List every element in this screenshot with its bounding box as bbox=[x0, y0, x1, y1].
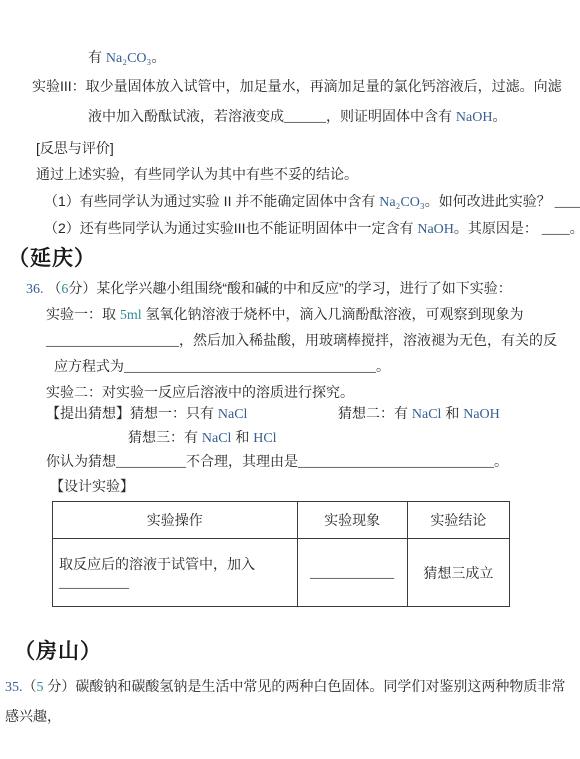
header-operation: 实验操作 bbox=[53, 502, 298, 539]
experiment-1-line-3: 应方程式为___________________________________… bbox=[54, 357, 390, 376]
header-phenomenon: 实验现象 bbox=[297, 502, 407, 539]
reflection-question-1: （1）有些同学认为通过实验 II 并不能确定固体中含有 Na₂CO₃。如何改进此… bbox=[44, 192, 580, 211]
experiment-3-line-2: 液中加入酚酞试液，若溶液变成______，则证明固体中含有 NaOH。 bbox=[88, 107, 506, 126]
formula-na2co3: Na₂CO₃ bbox=[379, 195, 425, 210]
cell-conclusion: 猜想三成立 bbox=[407, 539, 509, 607]
fill-in-blank: __________ bbox=[116, 455, 186, 470]
header-conclusion: 实验结论 bbox=[407, 502, 509, 539]
text-segment: ，然后加入稀盐酸，用玻璃棒搅拌，溶液褪为无色，有关的反 bbox=[179, 332, 557, 348]
text-segment: 感兴趣， bbox=[5, 708, 61, 724]
fill-in-blank: ____________ bbox=[310, 566, 394, 581]
text-segment: 实验一：取 bbox=[46, 306, 120, 322]
formula-naoh: NaOH bbox=[417, 222, 454, 237]
text-segment: 。 bbox=[494, 453, 508, 469]
text-segment: 有 bbox=[88, 49, 106, 65]
experiment-1-line-1: 实验一：取 5ml 氢氧化钠溶液于烧杯中，滴入几滴酚酞溶液，可观察到现象为 bbox=[46, 305, 524, 324]
fill-in-blank: ____ bbox=[555, 195, 580, 210]
section-header-yanqing: （延庆） bbox=[8, 242, 96, 272]
reflection-question-2: （2）还有些同学认为通过实验III也不能证明固体中一定含有 NaOH。其原因是：… bbox=[44, 219, 580, 238]
experiment-3-line-1: 实验III：取少量固体放入试管中，加足量水，再滴加足量的氯化钙溶液后，过滤。向滤 bbox=[32, 77, 562, 96]
text-segment: 分）某化学兴趣小组围绕“酸和碱的中和反应”的学习，进行了如下实验： bbox=[68, 280, 511, 296]
q34-answer-continuation: 有 Na₂CO₃。 bbox=[88, 48, 165, 67]
text-segment: 不合理，其理由是 bbox=[186, 453, 298, 469]
text-segment: 。 bbox=[151, 49, 165, 65]
text-segment: 和 bbox=[441, 405, 463, 421]
text-segment: 。 bbox=[376, 358, 390, 374]
experiment-1-line-2: ___________________，然后加入稀盐酸，用玻璃棒搅拌，溶液褪为无… bbox=[46, 331, 557, 350]
text-segment: 氢氧化钠溶液于烧杯中，滴入几滴酚酞溶液，可观察到现象为 bbox=[142, 306, 524, 322]
text-segment: ，则证明固体中含有 bbox=[326, 108, 456, 124]
text-segment: 应方程式为 bbox=[54, 358, 124, 374]
table-row: 取反应后的溶液于试管中，加入__________ ____________ 猜想… bbox=[53, 539, 510, 607]
text-segment: 实验III：取少量固体放入试管中，加足量水，再滴加足量的氯化钙溶液后，过滤。向滤 bbox=[32, 78, 562, 94]
text-segment: 通过上述实验，有些同学认为其中有些不妥的结论。 bbox=[36, 166, 358, 182]
reflection-section-label: [反思与评价] bbox=[36, 139, 114, 158]
formula-naoh: NaOH bbox=[456, 110, 493, 125]
text-segment: 。如何改进此实验？ bbox=[425, 193, 555, 209]
experiment-2-line: 实验二：对实验一反应后溶液中的溶质进行探究。 bbox=[46, 383, 354, 402]
text-segment: （2）还有些同学认为通过实验III也不能证明固体中一定含有 bbox=[44, 220, 417, 236]
table-header-row: 实验操作 实验现象 实验结论 bbox=[53, 502, 510, 539]
text-segment: 和 bbox=[231, 429, 253, 445]
formula-nacl: NaCl bbox=[412, 407, 442, 422]
experiment-design-table: 实验操作 实验现象 实验结论 取反应后的溶液于试管中，加入__________ … bbox=[52, 501, 510, 607]
formula-nacl: NaCl bbox=[218, 407, 248, 422]
design-experiment-label: 【设计实验】 bbox=[50, 477, 134, 496]
cell-phenomenon: ____________ bbox=[297, 539, 407, 607]
hypothesis-judgement-line: 你认为猜想__________不合理，其理由是_________________… bbox=[46, 452, 508, 471]
formula-na2co3: Na₂CO₃ bbox=[106, 51, 152, 66]
text-segment: 液中加入酚酞试液，若溶液变成 bbox=[88, 108, 284, 124]
question-35-line-2: 感兴趣， bbox=[5, 707, 61, 726]
fill-in-blank: ____________________________________ bbox=[124, 360, 376, 375]
score-value: 5 bbox=[37, 680, 44, 695]
text-segment: 猜想三：有 bbox=[128, 429, 202, 445]
hypothesis-line-1: 【提出猜想】猜想一：只有 NaCl 猜想二：有 NaCl 和 NaOH bbox=[46, 404, 546, 423]
text-segment: 分）碳酸钠和碳酸氢钠是生活中常见的两种白色固体。同学们对鉴别这两种物质非常 bbox=[44, 678, 566, 694]
formula-hcl: HCl bbox=[253, 431, 276, 446]
reflection-intro: 通过上述实验，有些同学认为其中有些不妥的结论。 bbox=[36, 165, 358, 184]
question-36-stem: 36. （6分）某化学兴趣小组围绕“酸和碱的中和反应”的学习，进行了如下实验： bbox=[26, 279, 512, 298]
text-segment: 。 bbox=[492, 108, 506, 124]
text-segment: 【提出猜想】猜想一：只有 bbox=[46, 405, 218, 421]
hypothesis-2: 猜想二：有 NaCl 和 NaOH bbox=[338, 404, 500, 424]
question-number: 36. bbox=[26, 282, 44, 297]
question-35-stem: 35.（5 分）碳酸钠和碳酸氢钠是生活中常见的两种白色固体。同学们对鉴别这两种物… bbox=[5, 677, 565, 696]
hypothesis-3: 猜想三：有 NaCl 和 HCl bbox=[128, 428, 277, 447]
volume-value: 5ml bbox=[120, 308, 142, 323]
fill-in-blank: ____________________________ bbox=[298, 455, 494, 470]
text-segment: 。 bbox=[570, 220, 580, 236]
text-segment: 实验二：对实验一反应后溶液中的溶质进行探究。 bbox=[46, 384, 354, 400]
fill-in-blank: __________ bbox=[59, 576, 129, 591]
text-segment: 【设计实验】 bbox=[50, 478, 134, 494]
text-segment: （ bbox=[23, 678, 37, 694]
text-segment: 猜想二：有 bbox=[338, 405, 412, 421]
exam-document-page: 有 Na₂CO₃。 实验III：取少量固体放入试管中，加足量水，再滴加足量的氯化… bbox=[0, 0, 580, 759]
fill-in-blank: ___________________ bbox=[46, 334, 179, 349]
formula-naoh: NaOH bbox=[463, 407, 500, 422]
formula-nacl: NaCl bbox=[202, 431, 232, 446]
text-segment: （ bbox=[44, 280, 62, 296]
section-header-fangshan: （房山） bbox=[14, 635, 102, 665]
fill-in-blank: ____ bbox=[542, 222, 570, 237]
text-segment: 你认为猜想 bbox=[46, 453, 116, 469]
question-number: 35. bbox=[5, 680, 23, 695]
text-segment: （1）有些同学认为通过实验 II 并不能确定固体中含有 bbox=[44, 193, 379, 209]
text-segment: 。其原因是： bbox=[454, 220, 542, 236]
cell-operation: 取反应后的溶液于试管中，加入__________ bbox=[53, 539, 298, 607]
text-segment: [反思与评价] bbox=[36, 140, 114, 156]
text-segment: 取反应后的溶液于试管中，加入 bbox=[59, 556, 255, 572]
fill-in-blank: ______ bbox=[284, 110, 326, 125]
